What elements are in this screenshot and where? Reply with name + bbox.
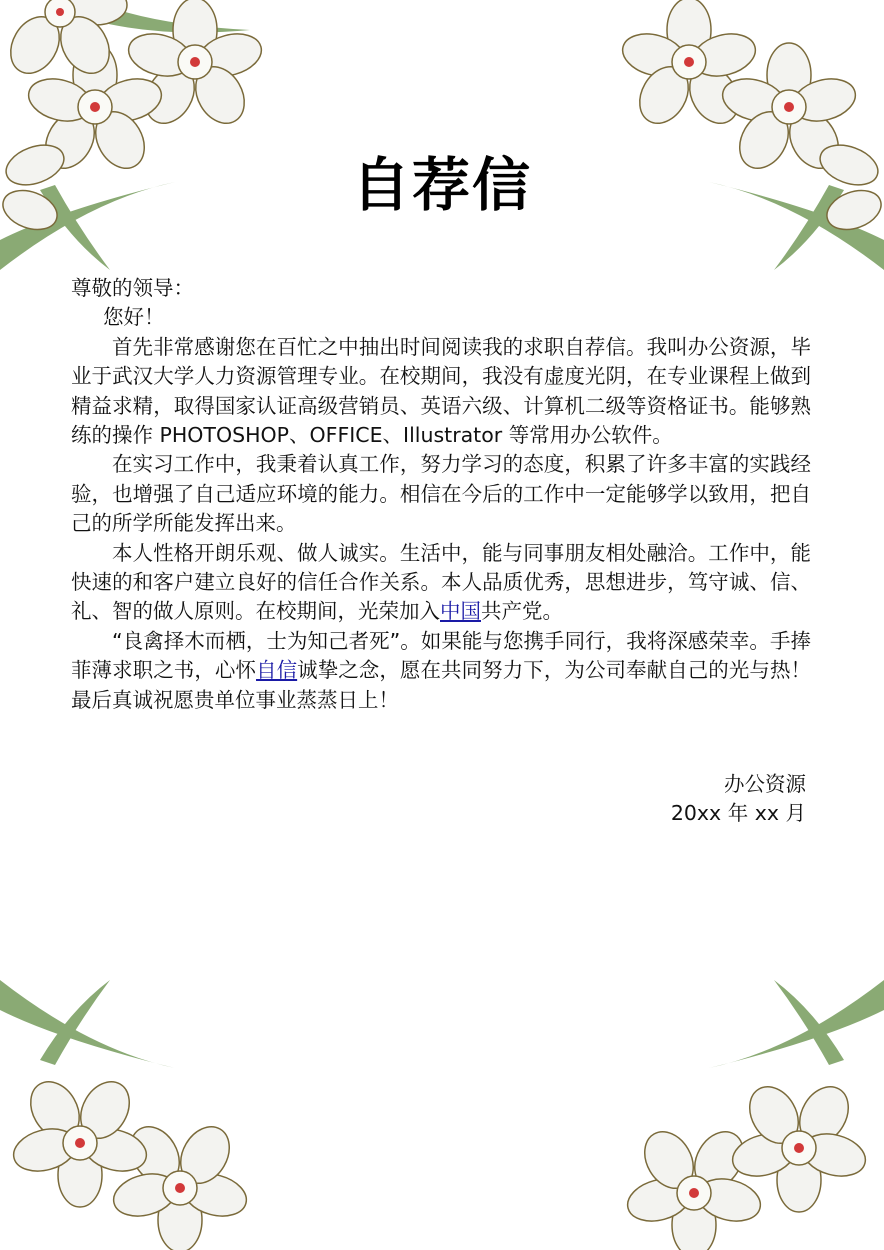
paragraph-text: 在实习工作中，我秉着认真工作，努力学习的态度，积累了许多丰富的实践经验，也增强了… (71, 452, 811, 535)
paragraph-1: 首先非常感谢您在百忙之中抽出时间阅读我的求职自荐信。我叫办公资源，毕业于武汉大学… (71, 333, 811, 451)
paragraph-3: 本人性格开朗乐观、做人诚实。生活中，能与同事朋友相处融洽。工作中，能快速的和客户… (71, 539, 811, 627)
link-china[interactable]: 中国 (440, 599, 481, 623)
signature-name: 办公资源 (671, 770, 806, 799)
paragraph-2: 在实习工作中，我秉着认真工作，努力学习的态度，积累了许多丰富的实践经验，也增强了… (71, 450, 811, 538)
paragraph-text: 共产党。 (481, 599, 563, 623)
flower-corner-bottom-left (0, 960, 300, 1250)
paragraph-4: “良禽择木而栖，士为知己者死”。如果能与您携手同行，我将深感荣幸。手捧菲薄求职之… (71, 627, 811, 715)
document-title: 自荐信 (0, 138, 884, 222)
signature-block: 办公资源 20xx 年 xx 月 (671, 770, 806, 829)
link-confidence[interactable]: 自信 (256, 658, 297, 682)
signature-date: 20xx 年 xx 月 (671, 799, 806, 828)
narcissus-flower-icon (584, 960, 884, 1250)
flower-corner-bottom-right (584, 960, 884, 1250)
salutation: 尊敬的领导： (71, 274, 811, 303)
narcissus-flower-icon (0, 960, 300, 1250)
paragraph-text: 首先非常感谢您在百忙之中抽出时间阅读我的求职自荐信。我叫办公资源，毕业于武汉大学… (71, 335, 811, 447)
letter-body: 尊敬的领导： 您好！ 首先非常感谢您在百忙之中抽出时间阅读我的求职自荐信。我叫办… (71, 274, 811, 715)
greeting: 您好！ (71, 303, 811, 332)
